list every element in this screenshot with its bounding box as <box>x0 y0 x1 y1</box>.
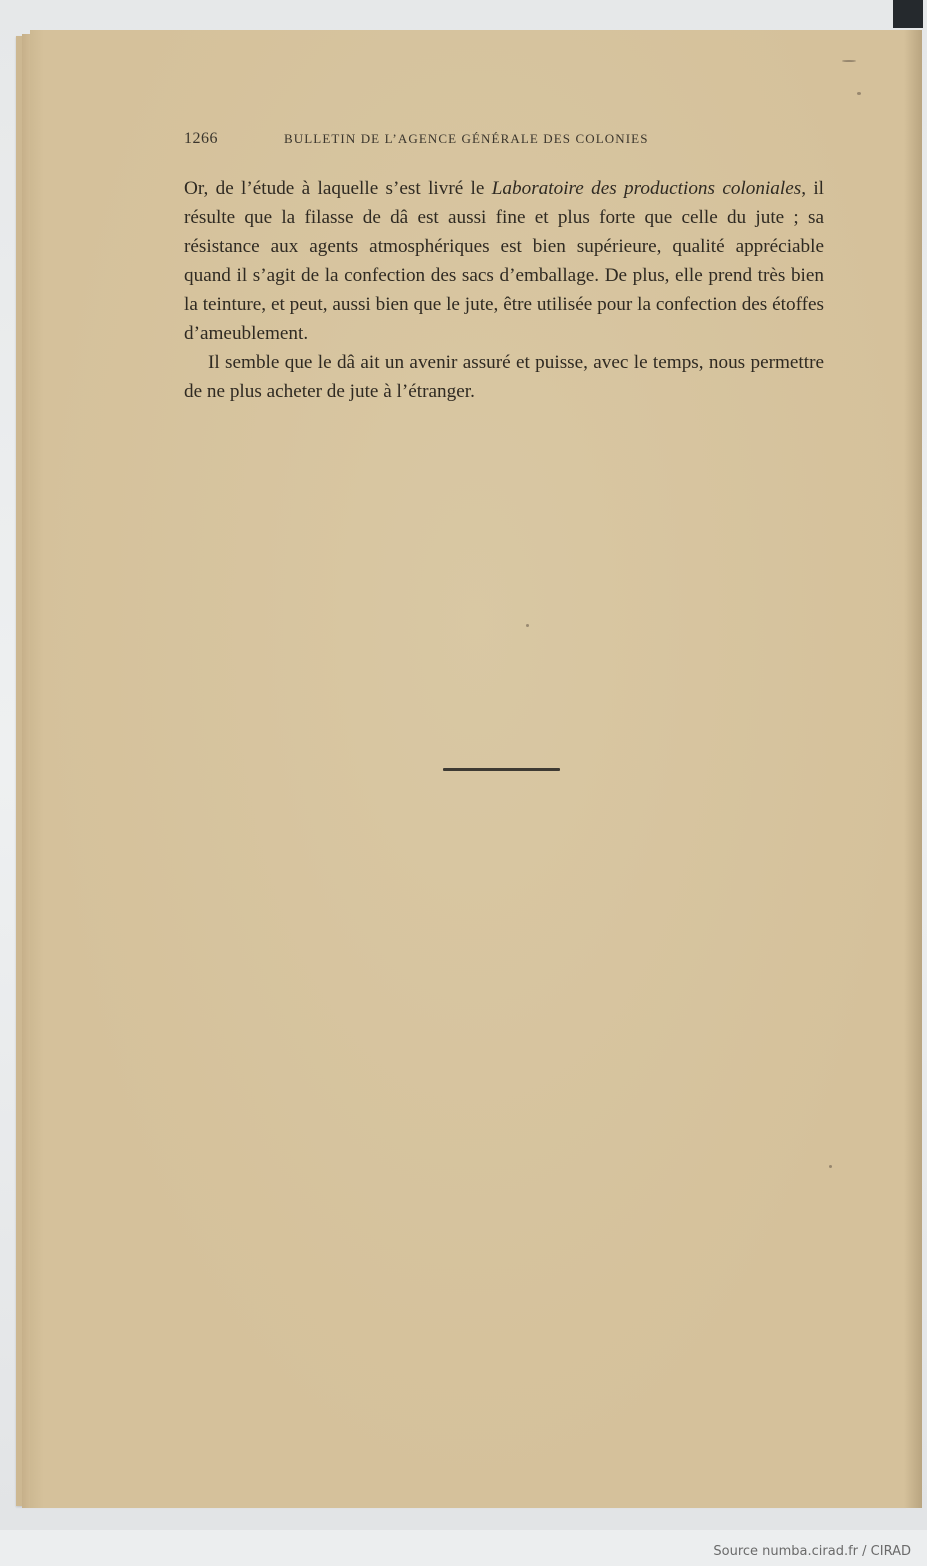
binding-strip <box>893 0 923 28</box>
paragraph-1-italic-title: Laboratoire des productions coloniales <box>492 178 801 199</box>
paragraph-2: Il semble que le dâ ait un avenir assuré… <box>184 348 824 406</box>
paragraph-2-text: Il semble que le dâ ait un avenir assuré… <box>184 352 824 402</box>
paragraph-1: Or, de l’étude à laquelle s’est livré le… <box>184 174 824 348</box>
paper-speck <box>829 1165 832 1168</box>
paragraph-1-text-a: Or, de l’étude à laquelle s’est livré le <box>184 178 492 199</box>
paper-speck <box>526 624 529 627</box>
running-head-title: BULLETIN DE L’AGENCE GÉNÉRALE DES COLONI… <box>284 131 649 147</box>
paragraph-1-text-b: , il résulte que la filasse de dâ est au… <box>184 178 824 344</box>
source-caption: Source numba.cirad.fr / CIRAD <box>713 1544 911 1559</box>
page-number: 1266 <box>184 130 218 148</box>
paper-speck <box>857 92 861 95</box>
paper-speck <box>842 60 856 62</box>
running-head: 1266 BULLETIN DE L’AGENCE GÉNÉRALE DES C… <box>184 130 824 148</box>
body-text: Or, de l’étude à laquelle s’est livré le… <box>184 174 824 406</box>
section-end-rule <box>443 768 560 771</box>
